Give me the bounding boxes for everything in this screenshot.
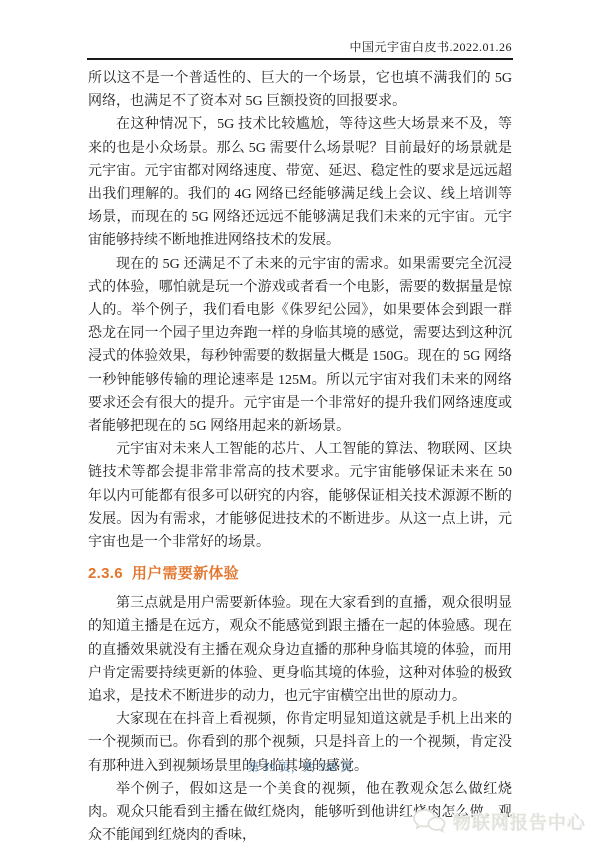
page-body: 所以这不是一个普适性的、巨大的一个场景，它也填不满我们的 5G 网络，也满足不了… bbox=[88, 67, 512, 848]
section-title: 用户需要新体验 bbox=[132, 565, 239, 582]
page-number: 第 39 页，共 538 页 bbox=[248, 762, 353, 774]
document-title: 中国元宇宙白皮书.2022.01.26 bbox=[349, 38, 512, 55]
section-number: 2.3.6 bbox=[88, 565, 123, 582]
watermark-label: 物联网报告中心 bbox=[453, 809, 586, 835]
paragraph-5: 第三点就是用户需要新体验。现在大家看到的直播，观众很明显的知道主播是在远方，观众… bbox=[88, 592, 512, 708]
header-divider bbox=[87, 58, 513, 60]
paragraph-3: 现在的 5G 还满足不了未来的元宇宙的需求。如果需要完全沉浸式的体验，哪怕就是玩… bbox=[88, 253, 512, 439]
document-page: 中国元宇宙白皮书.2022.01.26 所以这不是一个普适性的、巨大的一个场景，… bbox=[0, 0, 600, 848]
paragraph-2: 在这种情况下，5G 技术比较尴尬，等待这些大场景来不及，等来的也是小众场景。那么… bbox=[88, 113, 512, 252]
paragraph-1: 所以这不是一个普适性的、巨大的一个场景，它也填不满我们的 5G 网络，也满足不了… bbox=[88, 67, 512, 113]
section-heading: 2.3.6用户需要新体验 bbox=[88, 562, 512, 583]
page-footer: 第 39 页，共 538 页 bbox=[0, 759, 600, 775]
paragraph-4: 元宇宙对未来人工智能的芯片、人工智能的算法、物联网、区块链技术等都会提非常非常高… bbox=[88, 438, 512, 554]
watermark: 物联网报告中心 bbox=[412, 808, 586, 836]
chat-bubbles-icon bbox=[412, 808, 446, 836]
